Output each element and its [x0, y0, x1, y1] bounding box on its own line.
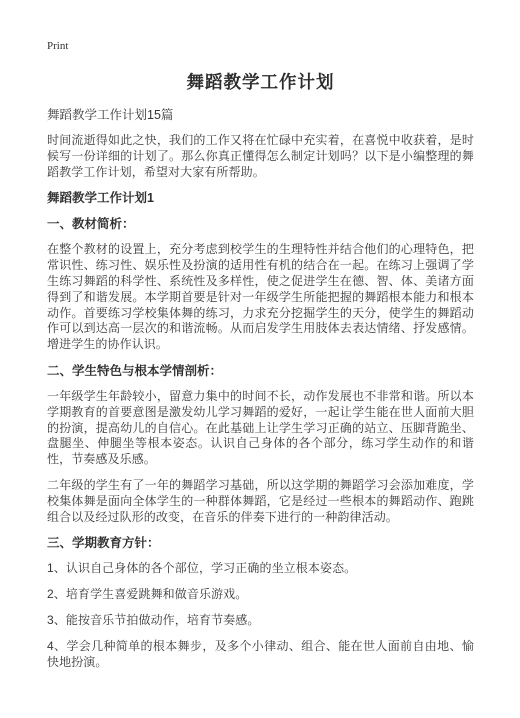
section-3-heading: 三、学期教育方针： [47, 535, 474, 551]
section-2-heading: 二、学生特色与根本学情剖析： [47, 363, 474, 379]
objective-item-3: 3、能按音乐节拍做动作，培育节奏感。 [47, 613, 474, 629]
intro-paragraph: 时间流逝得如此之快，我们的工作又将在忙碌中充实着，在喜悦中收获着，是时候写一份详… [47, 133, 474, 180]
section-1-paragraph: 在整个教材的设置上，充分考虑到校学生的生理特性并结合他们的心理特色，把常识性、练… [47, 242, 474, 353]
document-subtitle: 舞蹈教学工作计划15篇 [47, 107, 474, 123]
section-2-paragraph-1: 一年级学生年龄较小，留意力集中的时间不长，动作发展也不非常和谐。所以本学期教育的… [47, 389, 474, 468]
plan-1-heading: 舞蹈教学工作计划1 [47, 190, 474, 206]
document-page: Print 舞蹈教学工作计划 舞蹈教学工作计划15篇 时间流逝得如此之快，我们的… [0, 0, 520, 718]
section-1-heading: 一、教材简析： [47, 216, 474, 232]
print-button[interactable]: Print [47, 40, 68, 52]
section-2-paragraph-2: 二年级的学生有了一年的舞蹈学习基础，所以这学期的舞蹈学习会添加难度，学校集体舞是… [47, 478, 474, 525]
objective-item-4: 4、学会几种简单的根本舞步，及多个小律动、组合、能在世人面前自由地、愉快地扮演。 [47, 639, 474, 671]
objective-item-2: 2、培育学生喜爱跳舞和做音乐游戏。 [47, 587, 474, 603]
objective-item-1: 1、认识自己身体的各个部位，学习正确的坐立根本姿态。 [47, 561, 474, 577]
page-title: 舞蹈教学工作计划 [47, 70, 474, 94]
